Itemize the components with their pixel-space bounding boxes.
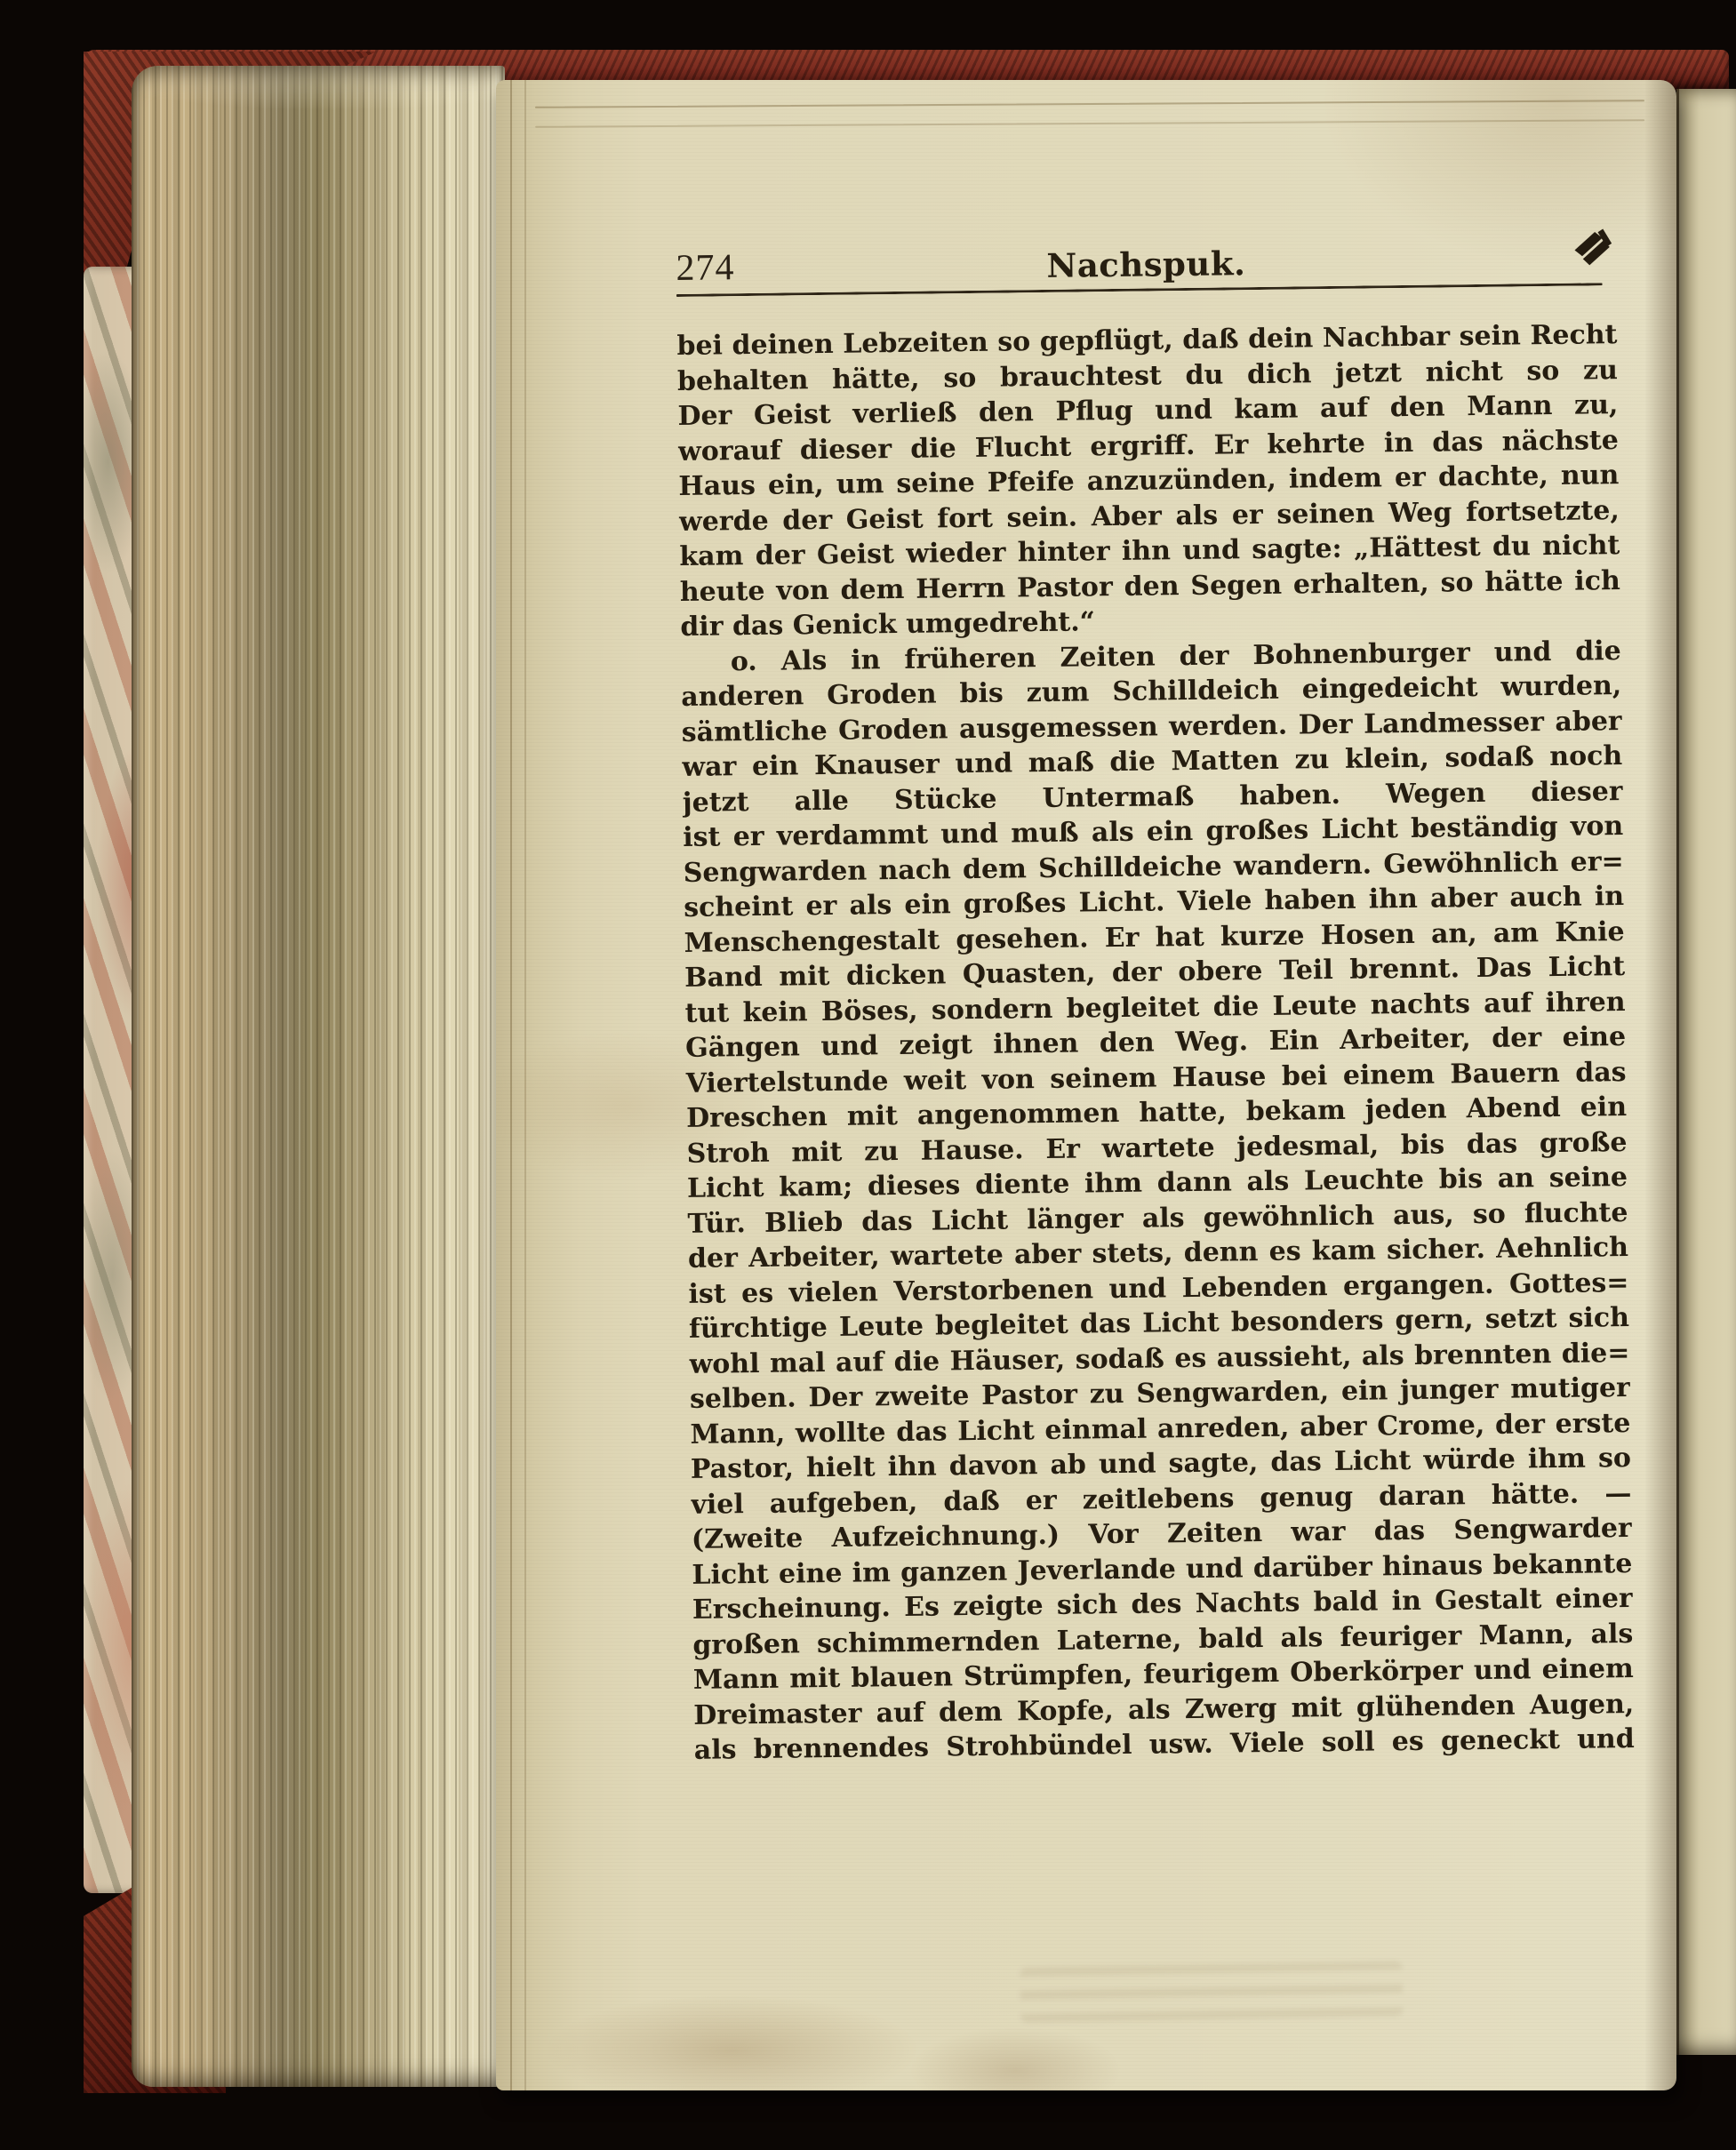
running-header: Nachspuk. <box>676 239 1616 290</box>
fore-edge-page-stack <box>132 66 505 2087</box>
facing-page-gutter-strip <box>1676 89 1736 2055</box>
page-header: 274 Nachspuk. <box>676 227 1617 290</box>
book-scan: 274 Nachspuk. bei deinen Lebzeiten so ge… <box>0 0 1736 2150</box>
open-book-page: 274 Nachspuk. bei deinen Lebzeiten so ge… <box>496 80 1676 2090</box>
printed-page-content: 274 Nachspuk. bei deinen Lebzeiten so ge… <box>676 227 1635 1768</box>
ink-show-through-smudge <box>1020 1961 1403 2022</box>
underlying-page-top-edges <box>535 100 1644 108</box>
body-text: bei deinen Lebzeiten so gepflügt, daß de… <box>676 317 1635 1768</box>
